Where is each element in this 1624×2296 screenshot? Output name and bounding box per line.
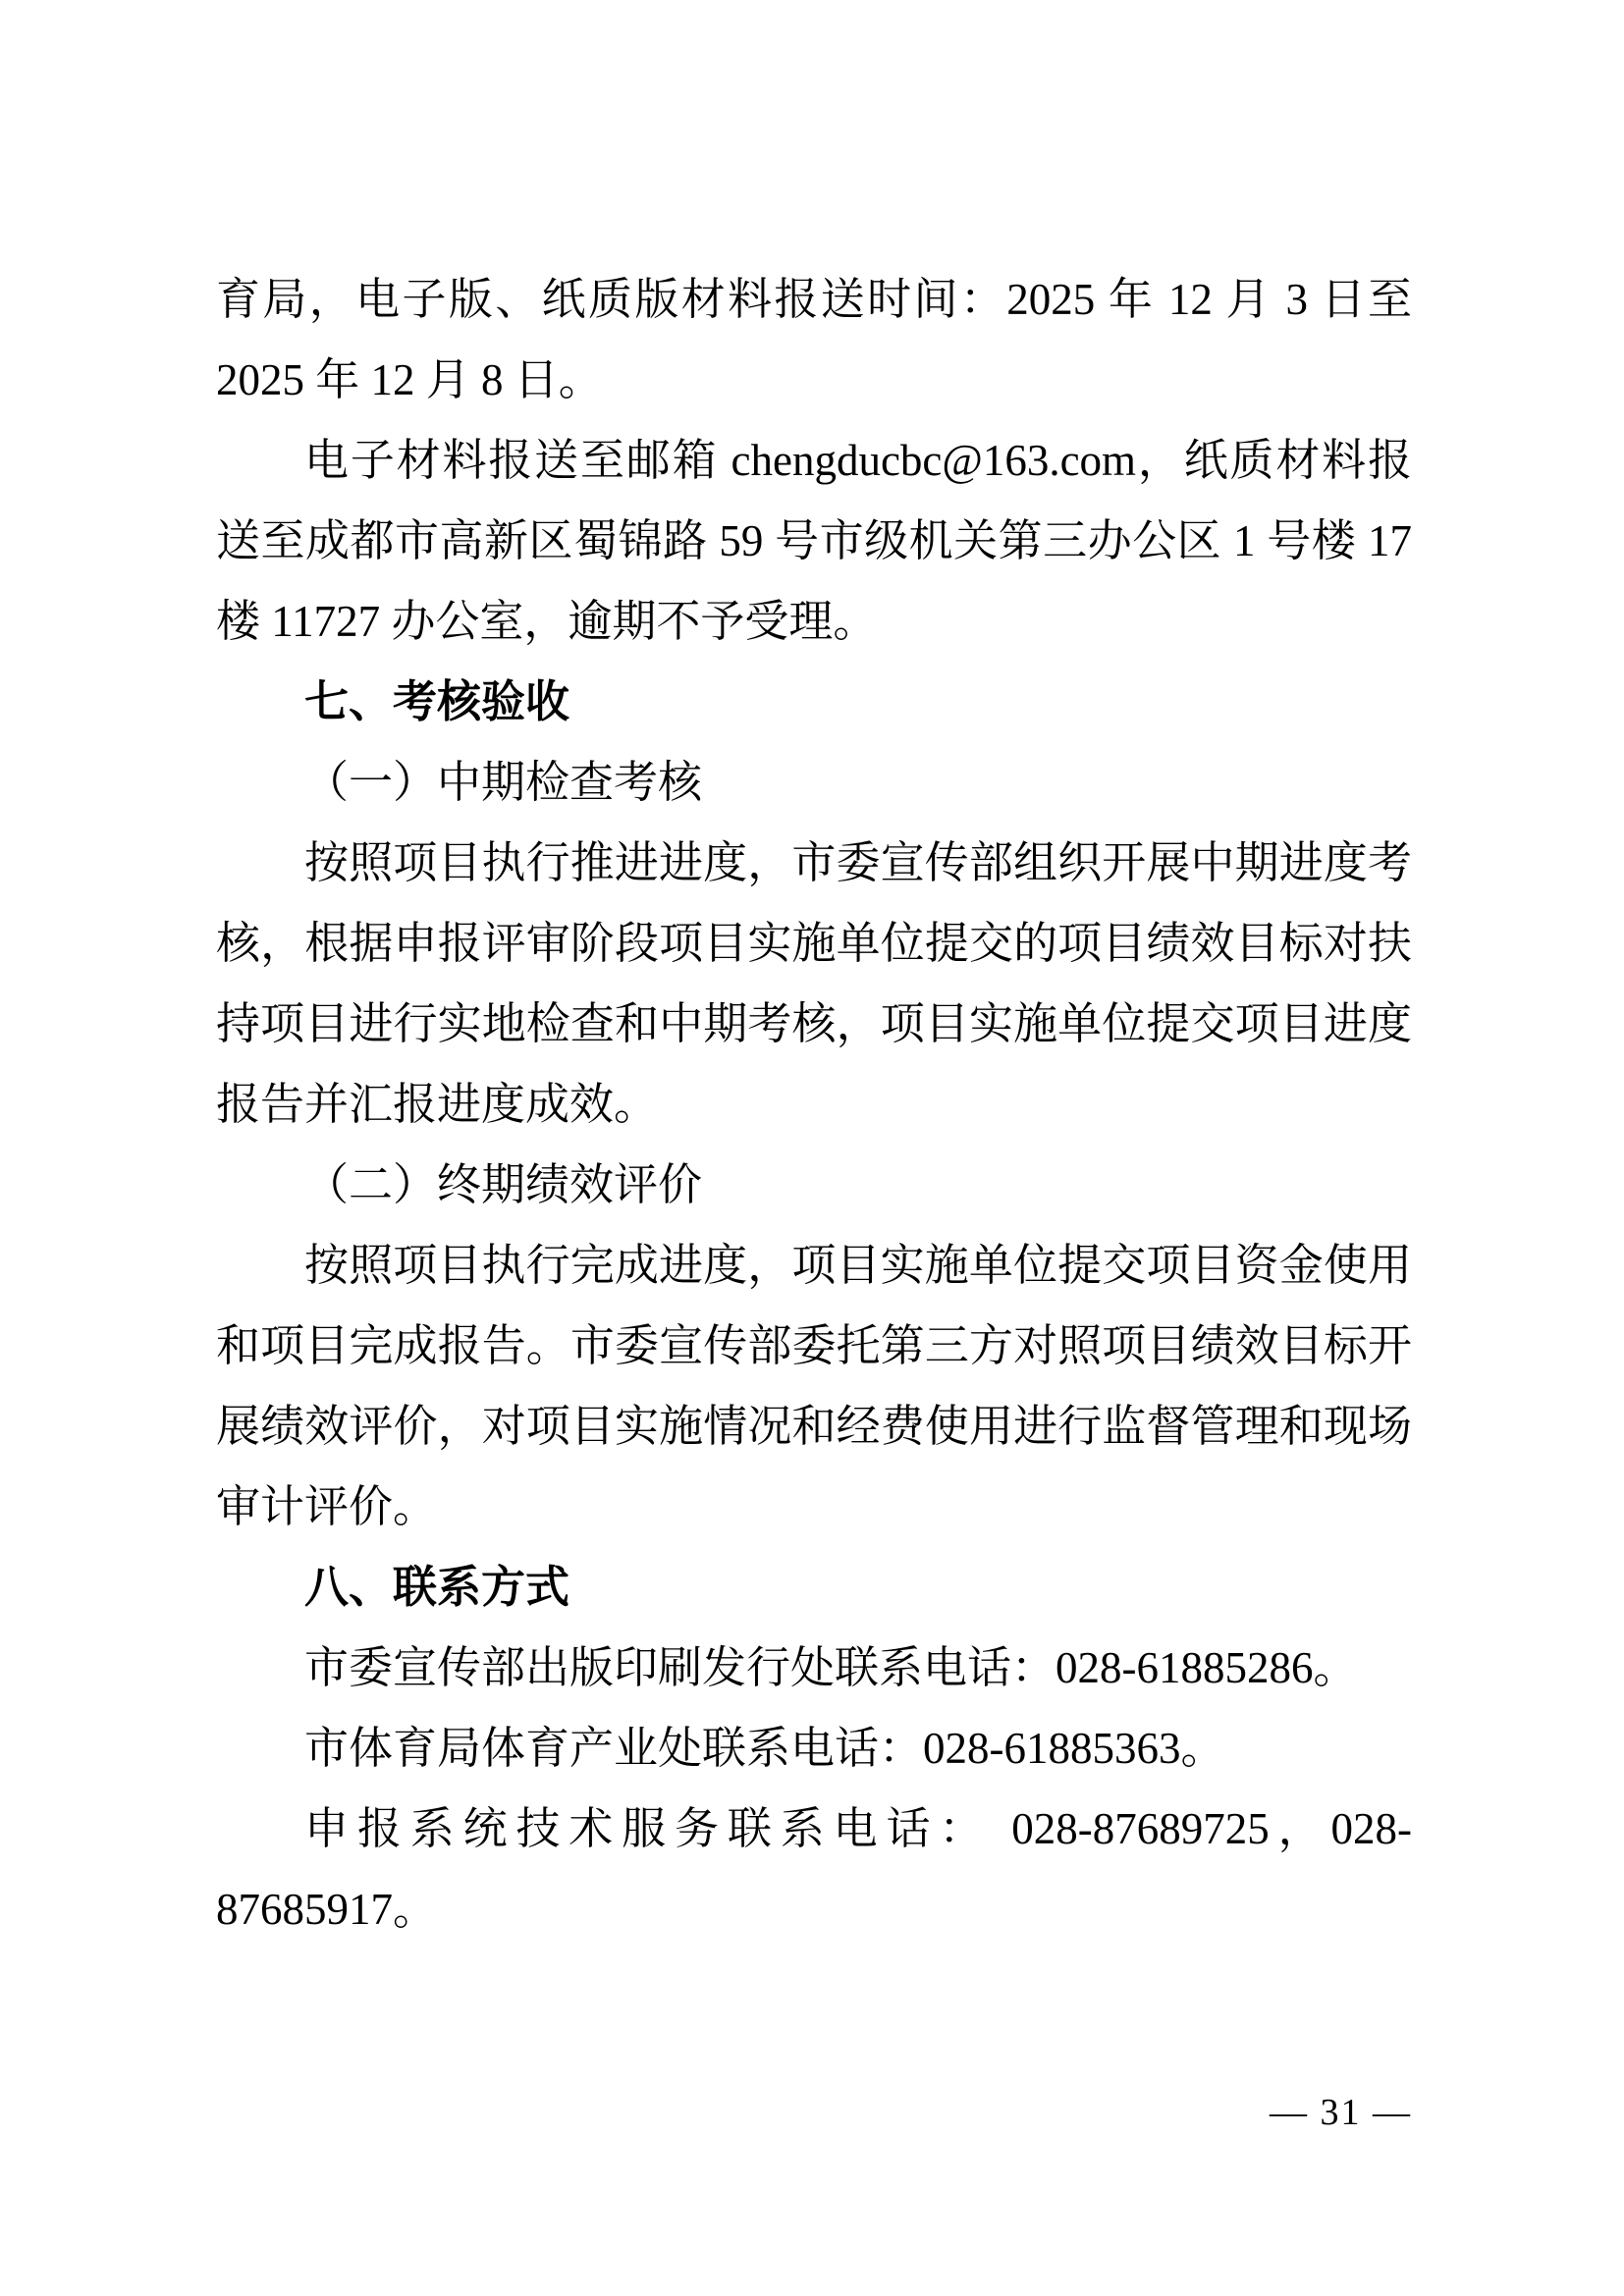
paragraph-final-performance-evaluation-detail: 按照项目执行完成进度，项目实施单位提交项目资金使用和项目完成报告。市委宣传部委托… — [216, 1225, 1412, 1547]
paragraph-contact-publicity-department: 市委宣传部出版印刷发行处联系电话：028-61885286。 — [216, 1628, 1412, 1708]
section-heading-contact-information: 八、联系方式 — [216, 1547, 1412, 1628]
section-heading-assessment-acceptance: 七、考核验收 — [216, 662, 1412, 742]
paragraph-material-submission-address: 电子材料报送至邮箱 chengducbc@163.com，纸质材料报送至成都市高… — [216, 420, 1412, 662]
document-page: 育局，电子版、纸质版材料报送时间：2025 年 12 月 3 日至 2025 年… — [0, 0, 1624, 2296]
page-number: — 31 — — [1270, 2089, 1412, 2136]
paragraph-midterm-inspection-detail: 按照项目执行推进进度，市委宣传部组织开展中期进度考核，根据申报评审阶段项目实施单… — [216, 823, 1412, 1145]
subheading-midterm-inspection: （一）中期检查考核 — [216, 742, 1412, 823]
paragraph-contact-technical-support: 申报系统技术服务联系电话： 028-87689725，028-87685917。 — [216, 1789, 1412, 1949]
document-body: 育局，电子版、纸质版材料报送时间：2025 年 12 月 3 日至 2025 年… — [216, 259, 1412, 1949]
paragraph-contact-sports-bureau: 市体育局体育产业处联系电话：028-61885363。 — [216, 1708, 1412, 1789]
paragraph-continuation-submission-deadline: 育局，电子版、纸质版材料报送时间：2025 年 12 月 3 日至 2025 年… — [216, 259, 1412, 420]
subheading-final-performance-evaluation: （二）终期绩效评价 — [216, 1145, 1412, 1225]
